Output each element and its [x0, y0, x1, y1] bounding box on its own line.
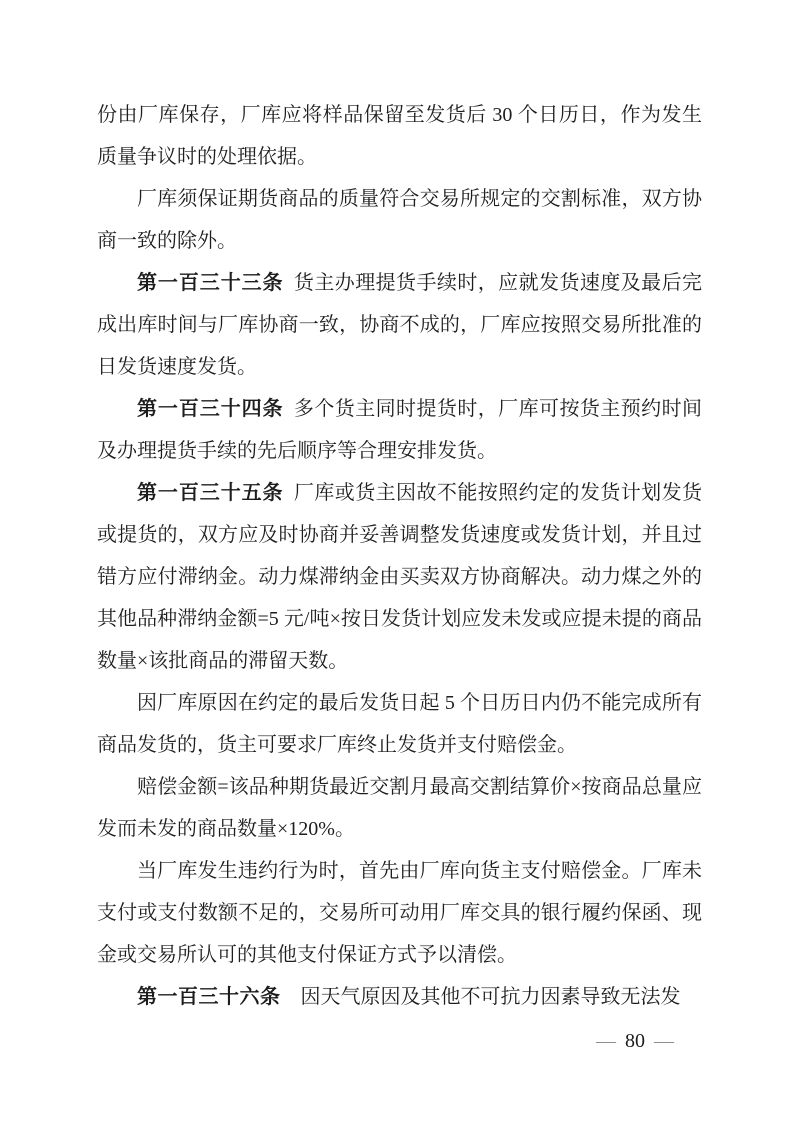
paragraph-article-133: 第一百三十三条 货主办理提货手续时，应就发货速度及最后完成出库时间与厂库协商一致… — [97, 262, 702, 388]
article-number-135: 第一百三十五条 — [137, 482, 283, 504]
paragraph-text: 厂库须保证期货商品的质量符合交易所规定的交割标准，双方协商一致的除外。 — [97, 188, 702, 252]
page-footer: —80— — [596, 1029, 674, 1053]
paragraph-text: 当厂库发生违约行为时，首先由厂库向货主支付赔偿金。厂库未支付或支付数额不足的，交… — [97, 860, 702, 966]
paragraph-compensation-formula: 赔偿金额=该品种期货最近交割月最高交割结算价×按商品总量应发而未发的商品数量×1… — [97, 766, 702, 850]
paragraph-quality-standard: 厂库须保证期货商品的质量符合交易所规定的交割标准，双方协商一致的除外。 — [97, 178, 702, 262]
article-number-133: 第一百三十三条 — [137, 272, 283, 294]
paragraph-text: 因厂库原因在约定的最后发货日起 5 个日历日内仍不能完成所有商品发货的，货主可要… — [97, 692, 702, 756]
paragraph-text: 厂库或货主因故不能按照约定的发货计划发货或提货的，双方应及时协商并妥善调整发货速… — [97, 482, 702, 672]
page-number-dash-right: — — [654, 1030, 674, 1052]
paragraph-continuation: 份由厂库保存，厂库应将样品保留至发货后 30 个日历日，作为发生质量争议时的处理… — [97, 94, 702, 178]
article-number-134: 第一百三十四条 — [137, 398, 283, 420]
paragraph-article-134: 第一百三十四条 多个货主同时提货时，厂库可按货主预约时间及办理提货手续的先后顺序… — [97, 388, 702, 472]
paragraph-text: 份由厂库保存，厂库应将样品保留至发货后 30 个日历日，作为发生质量争议时的处理… — [97, 104, 702, 168]
paragraph-text: 因天气原因及其他不可抗力因素导致无法发 — [281, 986, 681, 1008]
page-number: 80 — [625, 1030, 645, 1052]
paragraph-text: 赔偿金额=该品种期货最近交割月最高交割结算价×按商品总量应发而未发的商品数量×1… — [97, 776, 702, 840]
document-body: 份由厂库保存，厂库应将样品保留至发货后 30 个日历日，作为发生质量争议时的处理… — [97, 94, 702, 1018]
paragraph-article-136: 第一百三十六条 因天气原因及其他不可抗力因素导致无法发 — [97, 976, 702, 1018]
page-number-dash-left: — — [596, 1030, 616, 1052]
paragraph-terminate-delivery: 因厂库原因在约定的最后发货日起 5 个日历日内仍不能完成所有商品发货的，货主可要… — [97, 682, 702, 766]
paragraph-article-135: 第一百三十五条 厂库或货主因故不能按照约定的发货计划发货或提货的，双方应及时协商… — [97, 472, 702, 682]
document-page: 份由厂库保存，厂库应将样品保留至发货后 30 个日历日，作为发生质量争议时的处理… — [0, 0, 793, 1122]
article-number-136: 第一百三十六条 — [137, 986, 281, 1008]
paragraph-breach-payment: 当厂库发生违约行为时，首先由厂库向货主支付赔偿金。厂库未支付或支付数额不足的，交… — [97, 850, 702, 976]
